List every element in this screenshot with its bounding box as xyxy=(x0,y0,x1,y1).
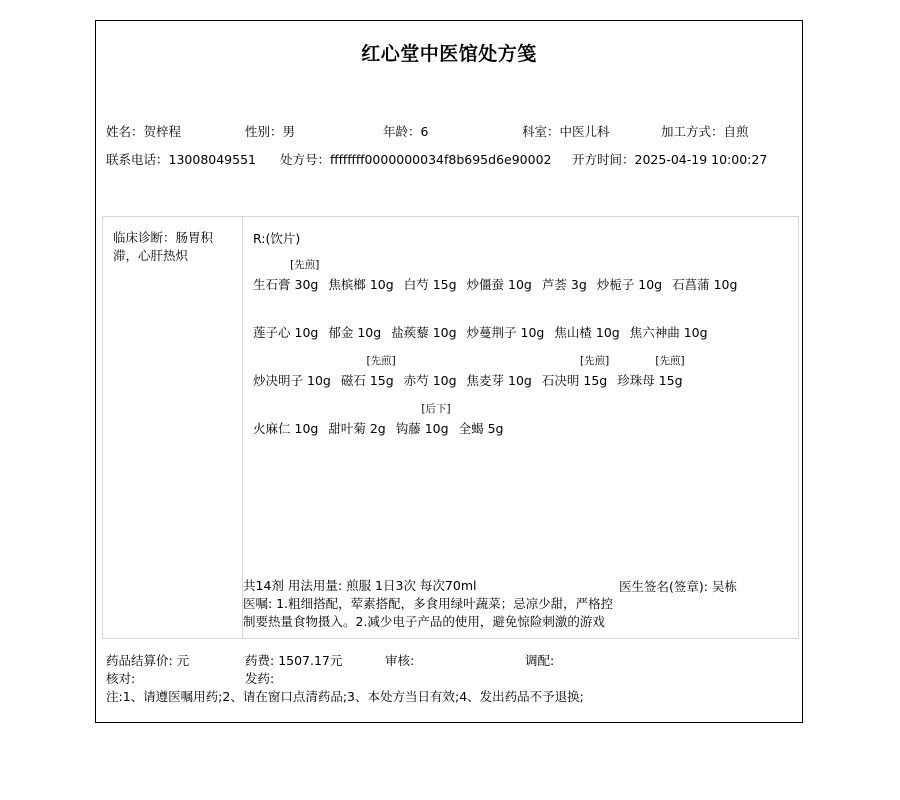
name-value: 贺梓程 xyxy=(144,124,182,139)
drug-dose: 10g xyxy=(714,277,738,292)
dept-value: 中医儿科 xyxy=(560,124,610,139)
drug-dose: 2g xyxy=(370,421,386,436)
issue-field: 发药: xyxy=(245,669,274,687)
drug-dose: 10g xyxy=(357,325,381,340)
drug-dose: 10g xyxy=(295,325,319,340)
drug-name: 炒决明子 xyxy=(253,373,303,388)
drug-row: 火麻仁 10g甜叶菊 2g[后下]钩藤 10g全蝎 5g xyxy=(253,401,513,441)
drug-name: 白芍 xyxy=(404,277,429,292)
patient-age-field: 年龄：6 xyxy=(383,122,428,140)
drug-name: 甜叶菊 xyxy=(328,421,366,436)
drug-dose: 15g xyxy=(433,277,457,292)
drug-dose: 10g xyxy=(370,277,394,292)
drug-name: 莲子心 xyxy=(253,325,291,340)
diagnosis-text: 临床诊断：肠胃积滞，心肝热炽 xyxy=(113,229,231,265)
rx-number-label: 处方号： xyxy=(280,152,330,167)
drug-item: 炒决明子 10g xyxy=(253,353,331,389)
drug-item: [后下]钩藤 10g xyxy=(396,401,449,437)
drug-dose: 10g xyxy=(433,373,457,388)
drug-name: 石菖蒲 xyxy=(672,277,710,292)
phone-label: 联系电话： xyxy=(106,152,169,167)
drug-name: 钩藤 xyxy=(396,421,421,436)
drug-dose: 15g xyxy=(370,373,394,388)
name-label: 姓名： xyxy=(106,124,144,139)
drug-item: 郁金 10g xyxy=(328,305,381,341)
decoction-note: [先煎] xyxy=(580,353,609,368)
rx-number-value: ffffffff0000000034f8b695d6e90002 xyxy=(330,152,551,167)
phone-value: 13008049551 xyxy=(169,152,256,167)
drug-item: 火麻仁 10g xyxy=(253,401,318,437)
gender-value: 男 xyxy=(283,124,296,139)
drug-dose: 10g xyxy=(307,373,331,388)
footer-notes: 注:1、请遵医嘱用药;2、请在窗口点清药品;3、本处方当日有效;4、发出药品不予… xyxy=(106,687,584,705)
check-field: 核对: xyxy=(106,669,135,687)
drug-name: 珍珠母 xyxy=(617,373,655,388)
drug-item: 炒蔓荆子 10g xyxy=(467,305,545,341)
drug-dose: 10g xyxy=(508,373,532,388)
drug-name: 焦麦芽 xyxy=(467,373,505,388)
medical-advice: 医嘱: 1.粗细搭配，荤素搭配，多食用绿叶蔬菜；忌凉少甜，严格控制要热量食物摄入… xyxy=(243,595,623,631)
drug-item: 焦六神曲 10g xyxy=(630,305,708,341)
drug-fee-field: 药费: 1507.17元 xyxy=(245,651,342,669)
drug-name: 焦山楂 xyxy=(554,325,592,340)
fee-value: 1507.17元 xyxy=(278,653,342,668)
rx-time-field: 开方时间：2025-04-19 10:00:27 xyxy=(572,150,767,168)
drug-dose: 10g xyxy=(508,277,532,292)
diagnosis-column: 临床诊断：肠胃积滞，心肝热炽 xyxy=(103,217,243,638)
dispense-field: 调配: xyxy=(525,651,554,669)
drug-name: 生石膏 xyxy=(253,277,291,292)
drug-name: 盐蒺藜 xyxy=(391,325,429,340)
rx-time-label: 开方时间： xyxy=(572,152,635,167)
drug-item: 全蝎 5g xyxy=(459,401,504,437)
decoction-note: [先煎] xyxy=(655,353,684,368)
drug-row: [先煎]生石膏 30g焦槟榔 10g白芍 15g炒僵蚕 10g芦荟 3g炒栀子 … xyxy=(253,257,747,297)
page-title: 红心堂中医馆处方笺 xyxy=(96,39,802,66)
drug-dose: 5g xyxy=(488,421,504,436)
drug-dose: 10g xyxy=(596,325,620,340)
process-label: 加工方式： xyxy=(661,124,724,139)
drug-dose: 10g xyxy=(684,325,708,340)
drug-dose: 30g xyxy=(295,277,319,292)
drug-dose: 15g xyxy=(659,373,683,388)
drug-item: 石菖蒲 10g xyxy=(672,257,737,293)
drug-name: 炒蔓荆子 xyxy=(467,325,517,340)
patient-name-field: 姓名：贺梓程 xyxy=(106,122,181,140)
drug-item: [先煎]磁石 15g xyxy=(341,353,394,389)
decoction-note: [后下] xyxy=(421,401,450,416)
drug-name: 炒僵蚕 xyxy=(467,277,505,292)
fee-label: 药费: xyxy=(245,653,278,668)
drug-item: 赤芍 10g xyxy=(404,353,457,389)
patient-gender-field: 性别：男 xyxy=(245,122,295,140)
settle-price: 药品结算价: 元 xyxy=(106,651,189,669)
drug-dose: 10g xyxy=(295,421,319,436)
drug-item: 芦荟 3g xyxy=(542,257,587,293)
drug-item: 焦槟榔 10g xyxy=(328,257,393,293)
drug-item: 白芍 15g xyxy=(404,257,457,293)
drug-item: 炒栀子 10g xyxy=(597,257,662,293)
drug-row: 炒决明子 10g[先煎]磁石 15g赤芍 10g焦麦芽 10g[先煎]石决明 1… xyxy=(253,353,693,393)
process-method-field: 加工方式：自煎 xyxy=(661,122,749,140)
drug-name: 全蝎 xyxy=(459,421,484,436)
prescription-panel: 临床诊断：肠胃积滞，心肝热炽 R:(饮片) [先煎]生石膏 30g焦槟榔 10g… xyxy=(102,216,799,639)
drug-item: 盐蒺藜 10g xyxy=(391,305,456,341)
review-field: 审核: xyxy=(385,651,414,669)
decoction-note: [先煎] xyxy=(366,353,395,368)
rx-time-value: 2025-04-19 10:00:27 xyxy=(635,152,768,167)
doctor-name: 吴栋 xyxy=(712,579,737,594)
department-field: 科室：中医儿科 xyxy=(522,122,610,140)
drug-dose: 10g xyxy=(521,325,545,340)
drug-item: [先煎]石决明 15g xyxy=(542,353,607,389)
drug-dose: 10g xyxy=(433,325,457,340)
diagnosis-label: 临床诊断： xyxy=(113,230,176,245)
process-value: 自煎 xyxy=(724,124,749,139)
drug-name: 石决明 xyxy=(542,373,580,388)
drug-dose: 10g xyxy=(425,421,449,436)
rx-header: R:(饮片) xyxy=(253,229,300,247)
drug-item: [先煎]生石膏 30g xyxy=(253,257,318,293)
drug-item: 炒僵蚕 10g xyxy=(467,257,532,293)
age-value: 6 xyxy=(421,124,429,139)
drug-name: 焦六神曲 xyxy=(630,325,680,340)
drug-name: 火麻仁 xyxy=(253,421,291,436)
drug-dose: 15g xyxy=(583,373,607,388)
phone-field: 联系电话：13008049551 xyxy=(106,150,256,168)
drug-name: 磁石 xyxy=(341,373,366,388)
drug-item: 甜叶菊 2g xyxy=(328,401,385,437)
drug-item: [先煎]珍珠母 15g xyxy=(617,353,682,389)
signature-label: 医生签名(签章): xyxy=(619,579,712,594)
prescription-sheet: 红心堂中医馆处方笺 姓名：贺梓程 性别：男 年龄：6 科室：中医儿科 加工方式：… xyxy=(95,20,803,723)
usage-dosage: 共14剂 用法用量: 煎服 1日3次 每次70ml xyxy=(243,577,623,595)
dept-label: 科室： xyxy=(522,124,560,139)
age-label: 年龄： xyxy=(383,124,421,139)
drug-dose: 3g xyxy=(571,277,587,292)
drug-name: 郁金 xyxy=(328,325,353,340)
drug-item: 焦山楂 10g xyxy=(554,305,619,341)
doctor-signature: 医生签名(签章): 吴栋 xyxy=(619,577,737,595)
rx-number-field: 处方号：ffffffff0000000034f8b695d6e90002 xyxy=(280,150,551,168)
drug-row: 莲子心 10g郁金 10g盐蒺藜 10g炒蔓荆子 10g焦山楂 10g焦六神曲 … xyxy=(253,305,718,345)
gender-label: 性别： xyxy=(245,124,283,139)
usage-section: 共14剂 用法用量: 煎服 1日3次 每次70ml 医嘱: 1.粗细搭配，荤素搭… xyxy=(243,577,623,631)
drug-name: 赤芍 xyxy=(404,373,429,388)
drug-dose: 10g xyxy=(638,277,662,292)
drug-name: 芦荟 xyxy=(542,277,567,292)
decoction-note: [先煎] xyxy=(290,257,319,272)
drug-item: 莲子心 10g xyxy=(253,305,318,341)
drug-name: 焦槟榔 xyxy=(328,277,366,292)
drug-name: 炒栀子 xyxy=(597,277,635,292)
drug-item: 焦麦芽 10g xyxy=(467,353,532,389)
